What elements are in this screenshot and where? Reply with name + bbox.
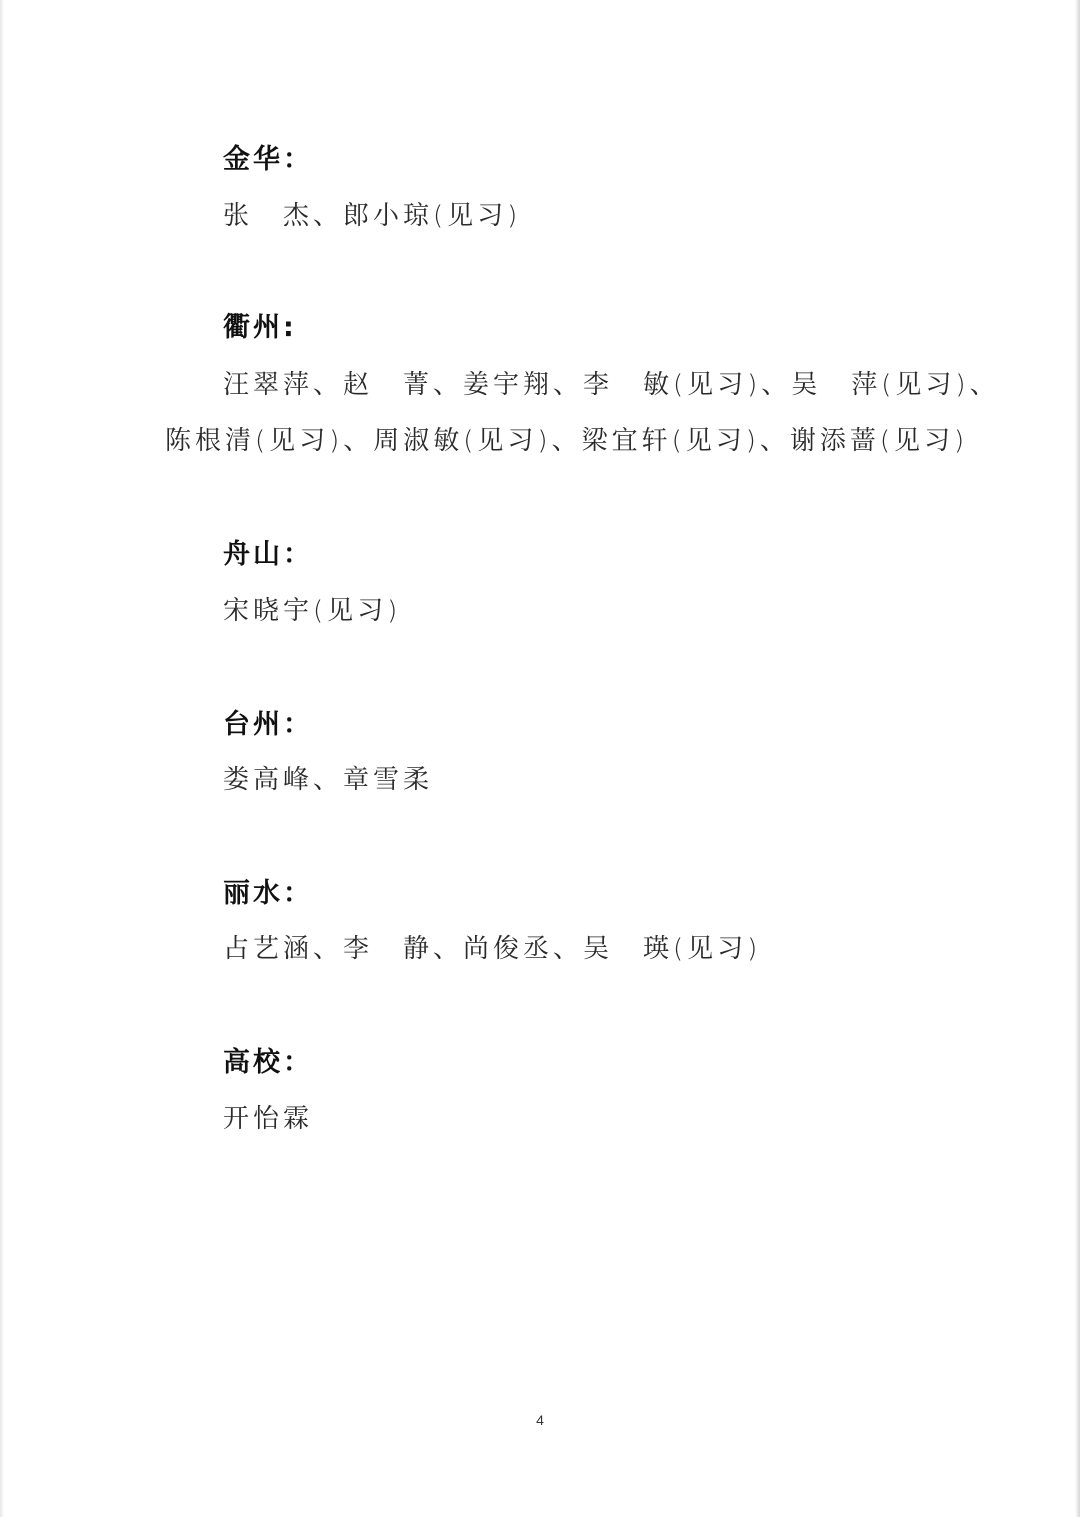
section-heading: 金华：: [223, 137, 313, 176]
name-list-line: 占艺涵、李 静、尚俊丞、吴 瑛(见习): [223, 928, 761, 965]
page-number: 4: [0, 1412, 1080, 1428]
section-heading: 高校：: [223, 1040, 313, 1079]
section-heading: 舟山：: [223, 532, 313, 571]
name-list-line-continued: 陈根清(见习)、周淑敏(见习)、梁宜轩(见习)、谢添蔷(见习): [165, 420, 968, 457]
name-list-line: 宋晓宇(见习): [223, 590, 401, 627]
section-heading: 台州：: [223, 702, 313, 741]
name-list-line: 汪翠萍、赵 菁、姜宇翔、李 敏(见习)、吴 萍(见习)、: [223, 364, 1000, 401]
name-list-line: 开怡霖: [223, 1098, 313, 1135]
section-heading: 衢州:: [223, 305, 297, 344]
name-list-line: 娄高峰、章雪柔: [223, 759, 433, 796]
name-list-line: 张 杰、郎小琼(见习): [223, 195, 521, 232]
document-page: 金华： 张 杰、郎小琼(见习) 衢州: 汪翠萍、赵 菁、姜宇翔、李 敏(见习)、…: [0, 0, 1080, 1517]
section-heading: 丽水：: [223, 871, 313, 910]
